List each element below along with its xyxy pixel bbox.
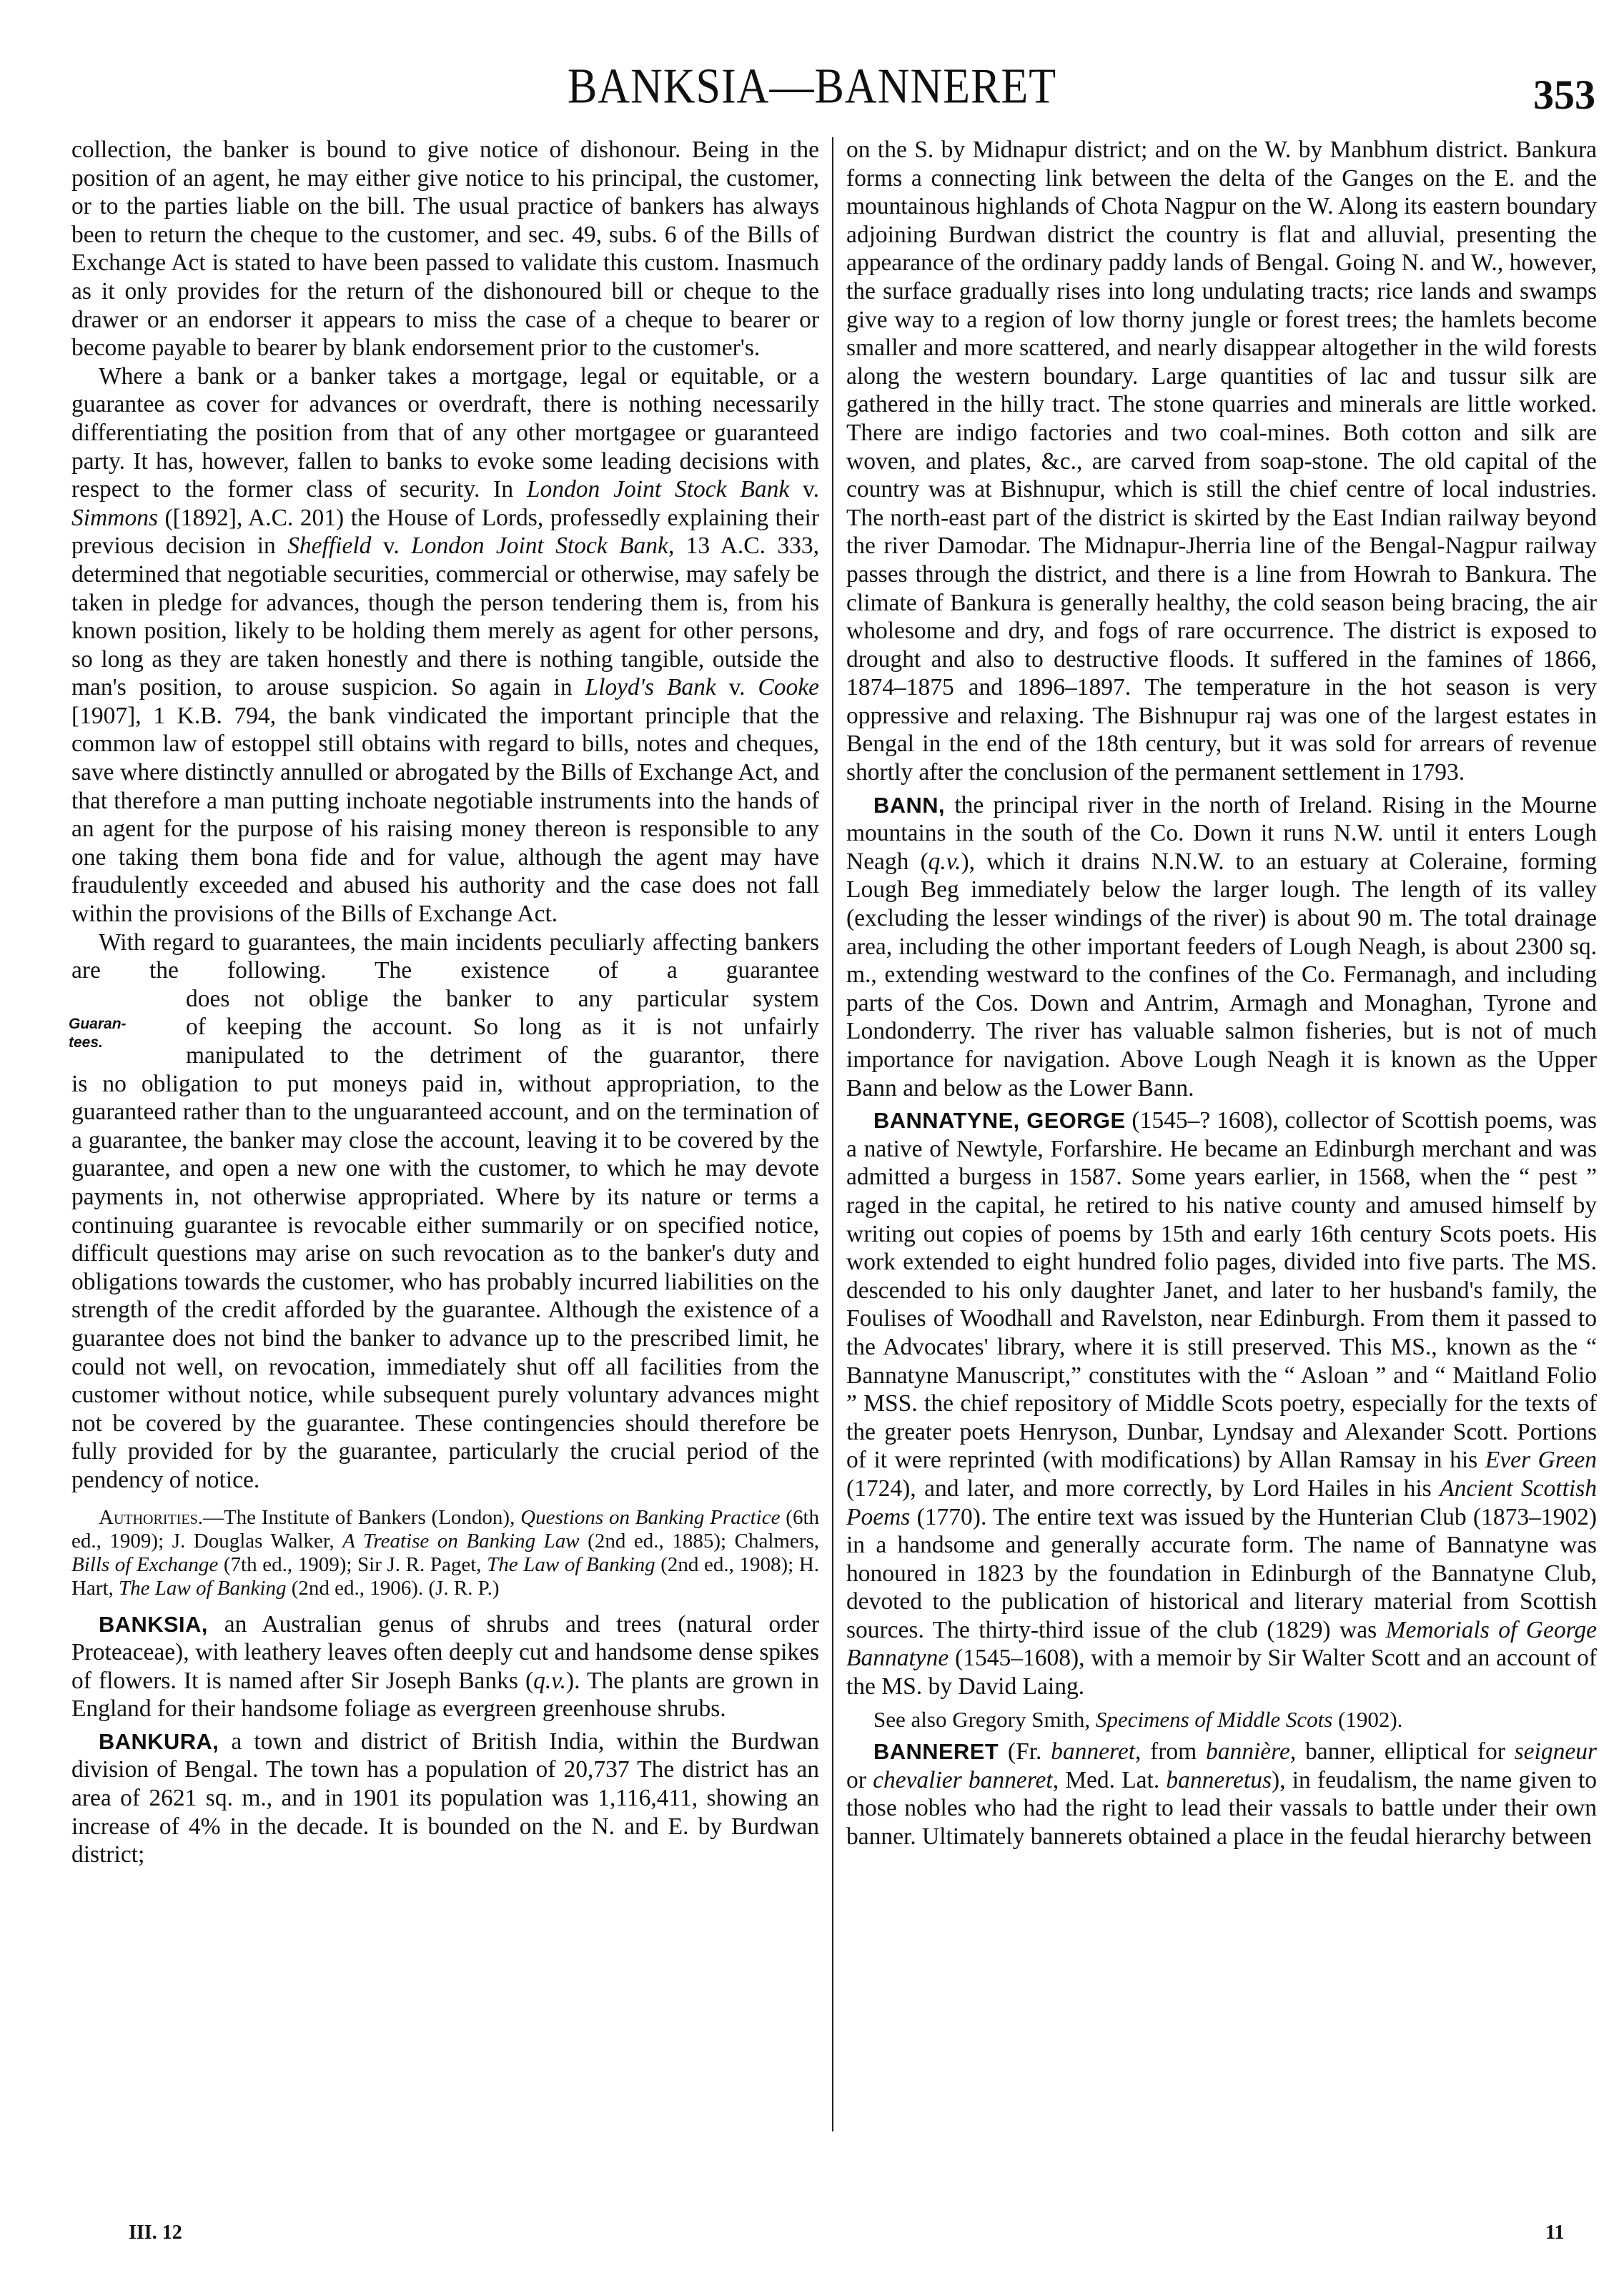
footer-mark: 11 — [1545, 2222, 1564, 2244]
authorities-note: Authorities.—The Institute of Bankers (L… — [71, 1506, 819, 1600]
entry-banneret: BANNERET (Fr. banneret, from bannière, b… — [846, 1738, 1597, 1851]
entry-bann: BANN, the principal river in the north o… — [846, 791, 1597, 1103]
see-also-note: See also Gregory Smith, Specimens of Mid… — [846, 1705, 1597, 1734]
entry-bannatyne-george: BANNATYNE, GEORGE (1545–? 1608), collect… — [846, 1106, 1597, 1700]
right-column: on the S. by Midnapur district; and on t… — [846, 136, 1597, 1851]
banking-paragraph-dishonour: collection, the banker is bound to give … — [71, 136, 819, 362]
column-divider — [832, 137, 833, 2131]
running-head: BANKSIA—BANNERET — [0, 61, 1624, 111]
banking-paragraph-guarantees: is no obligation to put moneys paid in, … — [71, 1070, 819, 1495]
margin-note-guarantees: Guaran- tees. — [69, 1015, 127, 1052]
indented-lines: does not oblige the banker to any partic… — [71, 985, 819, 1070]
entry-banksia: BANKSIA, an Australian genus of shrubs a… — [71, 1610, 819, 1723]
signature-mark: III. 12 — [129, 2222, 182, 2244]
entry-bankura: BANKURA, a town and district of British … — [71, 1728, 819, 1869]
banking-paragraph-guarantees-lead: With regard to guarantees, the main inci… — [71, 928, 819, 985]
page-number: 353 — [1533, 74, 1595, 116]
left-column: collection, the banker is bound to give … — [71, 136, 819, 1869]
entry-bankura-continued: on the S. by Midnapur district; and on t… — [846, 136, 1597, 787]
guarantees-section: Guaran- tees. does not oblige the banker… — [71, 985, 819, 1070]
page-header: BANKSIA—BANNERET 353 — [0, 51, 1624, 130]
banking-paragraph-mortgage: Where a bank or a banker takes a mortgag… — [71, 362, 819, 928]
